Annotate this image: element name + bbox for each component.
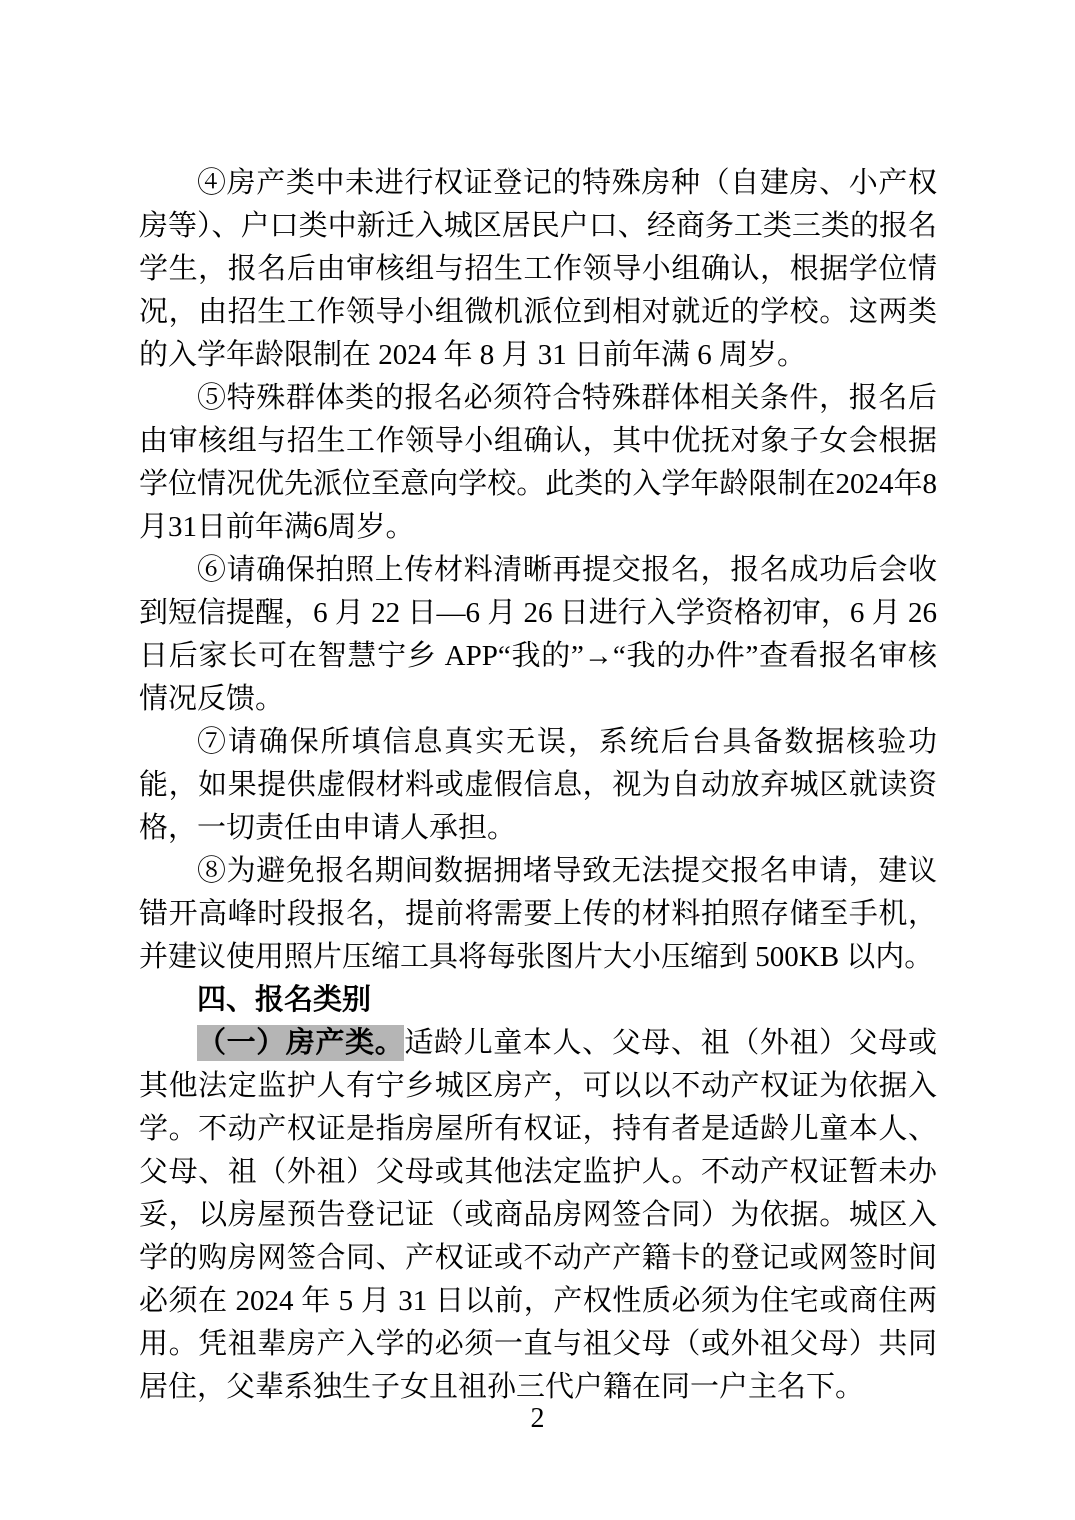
paragraph-item-7: ⑦请确保所填信息真实无误，系统后台具备数据核验功能，如果提供虚假材料或虚假信息，… — [139, 721, 937, 850]
paragraph-item-4: ④房产类中未进行权证登记的特殊房种（自建房、小产权房等）、户口类中新迁入城区居民… — [139, 162, 937, 377]
highlighted-category-label: （一）房产类。 — [197, 1025, 404, 1061]
document-body: ④房产类中未进行权证登记的特殊房种（自建房、小产权房等）、户口类中新迁入城区居民… — [139, 162, 937, 1409]
page-number: 2 — [0, 1402, 1075, 1436]
paragraph-item-8: ⑧为避免报名期间数据拥堵导致无法提交报名申请，建议错开高峰时段报名，提前将需要上… — [139, 850, 937, 979]
category-paragraph-text: 适龄儿童本人、父母、祖（外祖）父母或其他法定监护人有宁乡城区房产，可以以不动产权… — [139, 1027, 937, 1403]
paragraph-item-6: ⑥请确保拍照上传材料清晰再提交报名，报名成功后会收到短信提醒，6 月 22 日—… — [139, 549, 937, 721]
document-page: ④房产类中未进行权证登记的特殊房种（自建房、小产权房等）、户口类中新迁入城区居民… — [0, 0, 1075, 1520]
paragraph-item-5: ⑤特殊群体类的报名必须符合特殊群体相关条件，报名后由审核组与招生工作领导小组确认… — [139, 377, 937, 549]
paragraph-category-housing: （一）房产类。适龄儿童本人、父母、祖（外祖）父母或其他法定监护人有宁乡城区房产，… — [139, 1022, 937, 1409]
section-heading-registration-categories: 四、报名类别 — [139, 979, 937, 1022]
